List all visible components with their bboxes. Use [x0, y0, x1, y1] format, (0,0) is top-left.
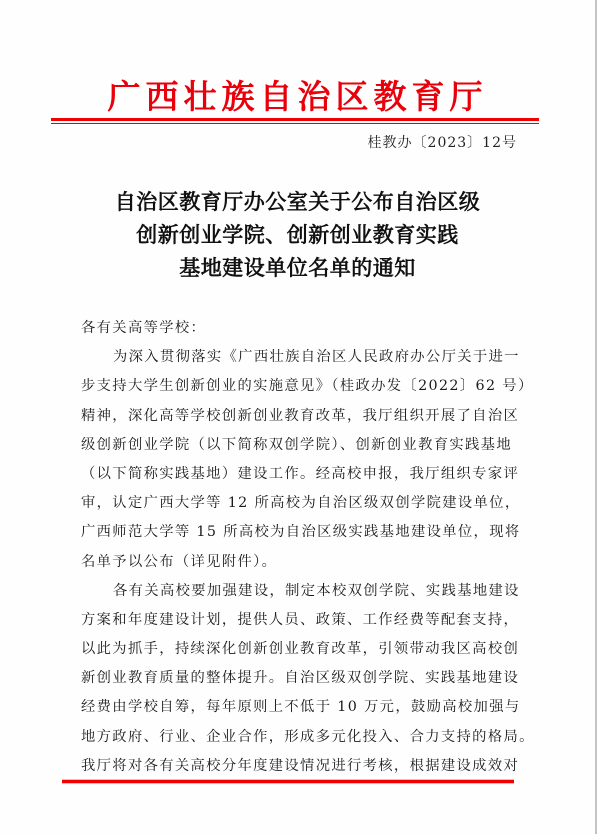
red-rule-thick	[51, 118, 539, 121]
body-line: 经费由学校自筹，每年原则上不低于 10 万元，鼓励高校加强与	[81, 693, 523, 722]
heading-line: 基地建设单位名单的通知	[0, 252, 595, 285]
body-line: 为深入贯彻落实《广西壮族自治区人民政府办公厅关于进一	[81, 343, 523, 372]
salutation: 各有关高等学校：	[81, 314, 523, 343]
body-line: 新创业教育质量的整体提升。自治区级双创学院、实践基地建设	[81, 664, 523, 693]
header-red-rule	[51, 118, 539, 125]
document-body: 各有关高等学校： 为深入贯彻落实《广西壮族自治区人民政府办公厅关于进一 步支持大…	[81, 314, 523, 781]
body-line: （以下简称实践基地）建设工作。经高校申报，我厅组织专家评	[81, 460, 523, 489]
document-number: 桂教办〔2023〕12号	[368, 132, 517, 152]
body-line: 广西师范大学等 15 所高校为自治区级实践基地建设单位，现将	[81, 518, 523, 547]
body-line: 名单予以公布（详见附件）。	[81, 548, 523, 577]
body-line: 级创新创业学院（以下简称双创学院）、创新创业教育实践基地	[81, 431, 523, 460]
body-line: 精神，深化高等学校创新创业教育改革，我厅组织开展了自治区	[81, 402, 523, 431]
document-page: 广西壮族自治区教育厅 桂教办〔2023〕12号 自治区教育厅办公室关于公布自治区…	[0, 0, 595, 834]
body-line: 以此为抓手，持续深化创新创业教育改革，引领带动我区高校创	[81, 635, 523, 664]
red-rule-thin	[51, 123, 539, 124]
red-rule-core	[62, 780, 514, 783]
footer-red-rule	[62, 779, 514, 784]
body-line: 步支持大学生创新创业的实施意见》（桂政办发〔2022〕62 号）	[81, 372, 523, 401]
body-line: 我厅将对各有关高校分年度建设情况进行考核，根据建设成效对	[81, 752, 523, 781]
body-line: 审，认定广西大学等 12 所高校为自治区级双创学院建设单位，	[81, 489, 523, 518]
document-heading: 自治区教育厅办公室关于公布自治区级 创新创业学院、创新创业教育实践 基地建设单位…	[0, 186, 595, 285]
issuer-title: 广西壮族自治区教育厅	[0, 78, 595, 116]
heading-line: 自治区教育厅办公室关于公布自治区级	[0, 186, 595, 219]
body-line: 各有关高校要加强建设，制定本校双创学院、实践基地建设	[81, 577, 523, 606]
heading-line: 创新创业学院、创新创业教育实践	[0, 219, 595, 252]
body-line: 方案和年度建设计划，提供人员、政策、工作经费等配套支持，	[81, 606, 523, 635]
body-line: 地方政府、行业、企业合作，形成多元化投入、合力支持的格局。	[81, 723, 523, 752]
